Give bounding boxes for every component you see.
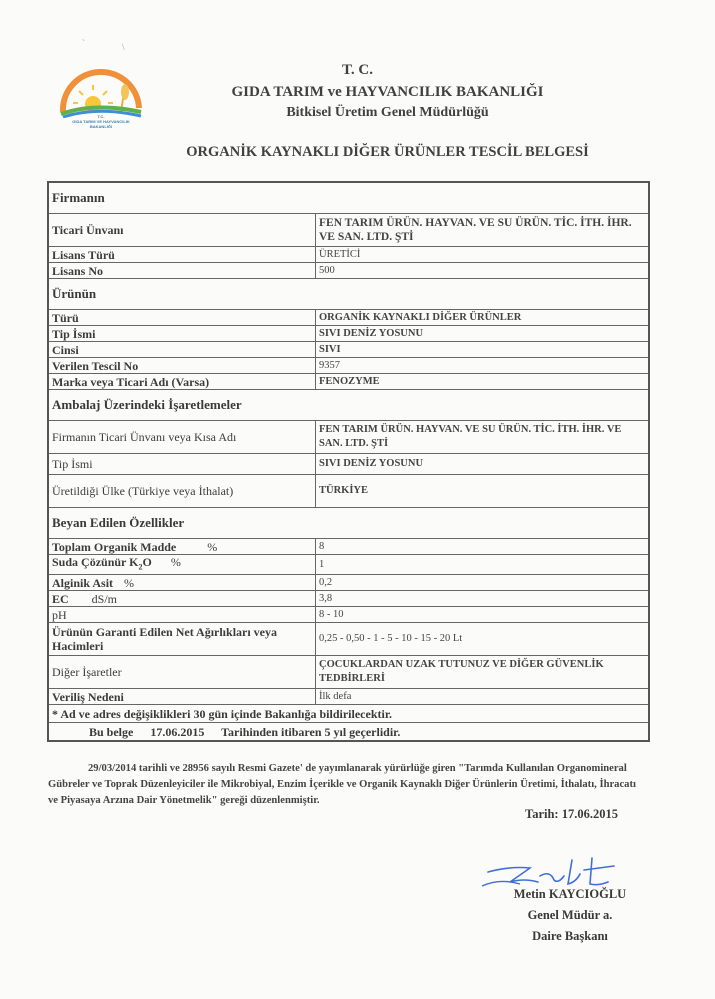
validity-suffix: Tarihinden itibaren 5 yıl geçerlidir.: [221, 725, 400, 739]
handwritten-signature-icon: [480, 852, 640, 892]
alginic-acid-value: 0,2: [316, 575, 650, 591]
field-label: Veriliş Nedeni: [48, 689, 316, 705]
scan-speck: \: [122, 42, 125, 52]
field-label: pH: [48, 607, 316, 623]
table-row: Üretildiği Ülke (Türkiye veya İthalat) T…: [48, 475, 649, 508]
table-row: Suda Çözünür K2O % 1: [48, 555, 649, 575]
field-label: Lisans Türü: [48, 247, 316, 263]
table-row: Ticari Ünvanı FEN TARIM ÜRÜN. HAYVAN. VE…: [48, 214, 649, 247]
table-row: Firmanın Ticari Ünvanı veya Kısa Adı FEN…: [48, 421, 649, 454]
validity-prefix: Bu belge: [89, 725, 133, 739]
section-heading-packaging: Ambalaj Üzerindeki İşaretlemeler: [48, 390, 649, 421]
table-row: Cinsi SIVI: [48, 342, 649, 358]
directorate-heading: Bitkisel Üretim Genel Müdürlüğü: [30, 105, 715, 121]
packaging-company-value: FEN TARIM ÜRÜN. HAYVAN. VE SU ÜRÜN. TİC.…: [316, 421, 650, 454]
field-label: Ticari Ünvanı: [48, 214, 316, 247]
license-no-value: 500: [316, 263, 650, 279]
ministry-heading: GIDA TARIM ve HAYVANCILIK BAKANLIĞI: [30, 84, 715, 101]
kind-value: SIVI: [316, 342, 650, 358]
signatory-name: Metin KAYCIOĞLU: [490, 887, 650, 902]
validity-row: Bu belge 17.06.2015 Tarihinden itibaren …: [48, 723, 649, 742]
field-label: Toplam Organik Madde %: [48, 539, 316, 555]
scan-speck: `: [82, 38, 85, 48]
field-label: Üretildiği Ülke (Türkiye veya İthalat): [48, 475, 316, 508]
document-title: ORGANİK KAYNAKLI DİĞER ÜRÜNLER TESCİL BE…: [30, 144, 715, 161]
table-row: Lisans Türü ÜRETİCİ: [48, 247, 649, 263]
field-label: Suda Çözünür K2O %: [48, 555, 316, 575]
signatory-title: Genel Müdür a.: [490, 908, 650, 923]
field-label: Diğer İşaretler: [48, 656, 316, 689]
organic-matter-value: 8: [316, 539, 650, 555]
field-label: Tip İsmi: [48, 454, 316, 475]
table-row: Diğer İşaretler ÇOCUKLARDAN UZAK TUTUNUZ…: [48, 656, 649, 689]
table-row: Marka veya Ticari Adı (Varsa) FENOZYME: [48, 374, 649, 390]
table-row: Verilen Tescil No 9357: [48, 358, 649, 374]
packaging-type-name-value: SIVI DENİZ YOSUNU: [316, 454, 650, 475]
other-marks-value: ÇOCUKLARDAN UZAK TUTUNUZ VE DİĞER GÜVENL…: [316, 656, 650, 689]
field-label: Tip İsmi: [48, 326, 316, 342]
validity-date: 17.06.2015: [150, 725, 204, 739]
ec-value: 3,8: [316, 591, 650, 607]
table-row: Türü ORGANİK KAYNAKLI DİĞER ÜRÜNLER: [48, 310, 649, 326]
section-heading-properties: Beyan Edilen Özellikler: [48, 508, 649, 539]
field-label: Firmanın Ticari Ünvanı veya Kısa Adı: [48, 421, 316, 454]
trade-name-value: FEN TARIM ÜRÜN. HAYVAN. VE SU ÜRÜN. TİC.…: [316, 214, 650, 247]
product-type-value: ORGANİK KAYNAKLI DİĞER ÜRÜNLER: [316, 310, 650, 326]
origin-country-value: TÜRKİYE: [316, 475, 650, 508]
table-row: EC dS/m 3,8: [48, 591, 649, 607]
field-label: Alginik Asit %: [48, 575, 316, 591]
signatory-department: Daire Başkanı: [490, 929, 650, 944]
table-row: Veriliş Nedeni İlk defa: [48, 689, 649, 705]
table-row: Alginik Asit % 0,2: [48, 575, 649, 591]
brand-name-value: FENOZYME: [316, 374, 650, 390]
ph-value: 8 - 10: [316, 607, 650, 623]
regulation-paragraph: 29/03/2014 tarihli ve 28956 sayılı Resmi…: [48, 761, 638, 809]
license-type-value: ÜRETİCİ: [316, 247, 650, 263]
issue-reason-value: İlk defa: [316, 689, 650, 705]
table-row: Tip İsmi SIVI DENİZ YOSUNU: [48, 454, 649, 475]
table-row: Lisans No 500: [48, 263, 649, 279]
type-name-value: SIVI DENİZ YOSUNU: [316, 326, 650, 342]
table-row: Ürünün Garanti Edilen Net Ağırlıkları ve…: [48, 623, 649, 656]
field-label: EC dS/m: [48, 591, 316, 607]
section-heading-product: Ürünün: [48, 279, 649, 310]
notice-row: * Ad ve adres değişiklikleri 30 gün için…: [48, 705, 649, 723]
field-label: Cinsi: [48, 342, 316, 358]
table-row: Toplam Organik Madde % 8: [48, 539, 649, 555]
field-label: Verilen Tescil No: [48, 358, 316, 374]
table-row: pH 8 - 10: [48, 607, 649, 623]
field-label: Lisans No: [48, 263, 316, 279]
state-heading: T. C.: [0, 62, 715, 79]
issue-date: Tarih: 17.06.2015: [525, 807, 618, 822]
field-label: Türü: [48, 310, 316, 326]
table-row: Tip İsmi SIVI DENİZ YOSUNU: [48, 326, 649, 342]
section-heading-company: Firmanın: [48, 182, 649, 214]
field-label: Ürünün Garanti Edilen Net Ağırlıkları ve…: [48, 623, 316, 656]
k2o-value: 1: [316, 555, 650, 575]
registration-no-value: 9357: [316, 358, 650, 374]
net-volume-value: 0,25 - 0,50 - 1 - 5 - 10 - 15 - 20 Lt: [316, 623, 650, 656]
certificate-table: Firmanın Ticari Ünvanı FEN TARIM ÜRÜN. H…: [47, 181, 650, 742]
field-label: Marka veya Ticari Adı (Varsa): [48, 374, 316, 390]
